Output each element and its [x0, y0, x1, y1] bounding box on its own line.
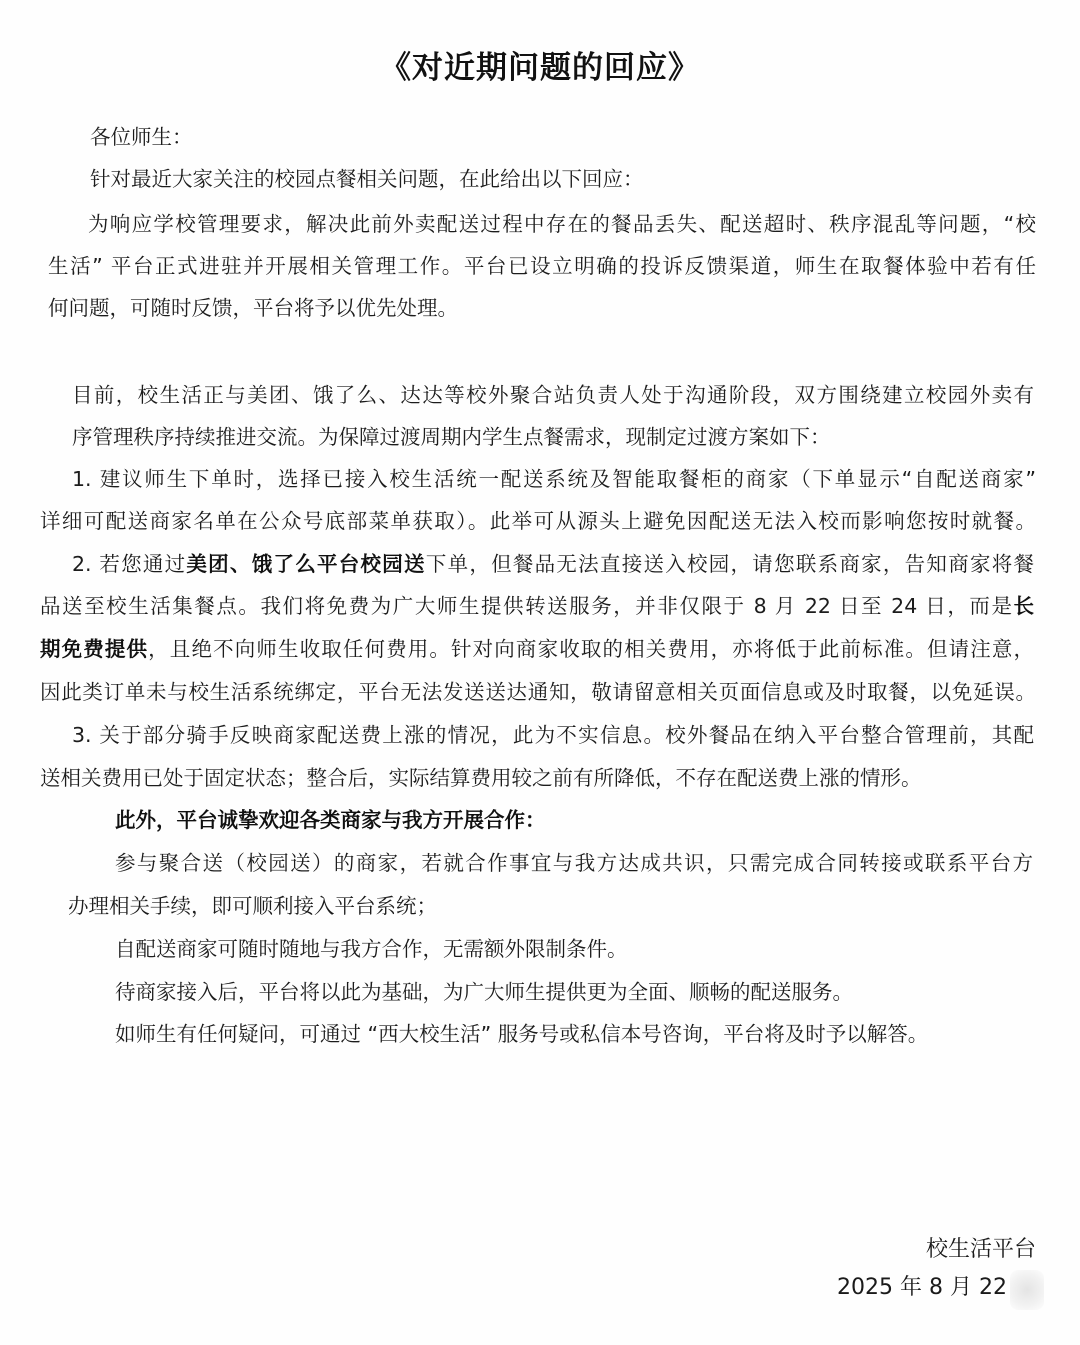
item2-line3-bold: 期免费提供 — [40, 637, 148, 661]
cooperation-line5: 如师生有任何疑问，可通过 “西大校生活” 服务号或私信本号咨询，平台将及时予以解… — [115, 1020, 928, 1048]
signature-date: 2025 年 8 月 22 日 — [837, 1273, 1036, 1303]
item2-line1-post: 下单，但餐品无法直接送入校园，请您联系商家，告知商家将餐 — [426, 552, 1034, 576]
item2-line1: 2. 若您通过美团、饿了么平台校园送下单，但餐品无法直接送入校园，请您联系商家，… — [72, 550, 1034, 578]
item2-line2: 品送至校生活集餐点。我们将免费为广大师生提供转送服务，并非仅限于 8 月 22 … — [40, 592, 1034, 620]
cooperation-heading: 此外，平台诚挚欢迎各类商家与我方开展合作： — [115, 806, 546, 834]
item2-line1-pre: 2. 若您通过 — [72, 552, 186, 576]
salutation: 各位师生： — [90, 123, 193, 151]
item1-line1: 1. 建议师生下单时，选择已接入校生活统一配送系统及智能取餐柜的商家（下单显示“… — [72, 465, 1036, 493]
para1-line1: 为响应学校管理要求，解决此前外卖配送过程中存在的餐品丢失、配送超时、秩序混乱等问… — [88, 210, 1036, 238]
item3-line1: 3. 关于部分骑手反映商家配送费上涨的情况，此为不实信息。校外餐品在纳入平台整合… — [72, 721, 1034, 749]
document-page: 《对近期问题的回应》 各位师生： 针对最近大家关注的校园点餐相关问题，在此给出以… — [0, 0, 1080, 1345]
para2-line1: 目前，校生活正与美团、饿了么、达达等校外聚合站负责人处于沟通阶段，双方围绕建立校… — [72, 381, 1034, 409]
item2-line3-post: ，且绝不向师生收取任何费用。针对向商家收取的相关费用，亦将低于此前标准。但请注意… — [148, 637, 1034, 661]
watermark-smudge — [1010, 1270, 1044, 1310]
cooperation-line4: 待商家接入后，平台将以此为基础，为广大师生提供更为全面、顺畅的配送服务。 — [115, 978, 853, 1006]
item2-line3: 期免费提供，且绝不向师生收取任何费用。针对向商家收取的相关费用，亦将低于此前标准… — [40, 635, 1034, 663]
signature-org: 校生活平台 — [926, 1235, 1036, 1265]
para1-line2: 生活” 平台正式进驻并开展相关管理工作。平台已设立明确的投诉反馈渠道，师生在取餐… — [48, 252, 1036, 280]
cooperation-line2: 办理相关手续，即可顺利接入平台系统； — [68, 892, 437, 920]
document-title: 《对近期问题的回应》 — [0, 42, 1080, 87]
item3-line2: 送相关费用已处于固定状态；整合后，实际结算费用较之前有所降低，不存在配送费上涨的… — [40, 764, 922, 792]
para2-line2: 序管理秩序持续推进交流。为保障过渡周期内学生点餐需求，现制定过渡方案如下： — [72, 423, 831, 451]
cooperation-line1: 参与聚合送（校园送）的商家，若就合作事宜与我方达成共识，只需完成合同转接或联系平… — [115, 849, 1033, 877]
intro-paragraph: 针对最近大家关注的校园点餐相关问题，在此给出以下回应： — [90, 165, 644, 193]
para1-line3: 何问题，可随时反馈，平台将予以优先处理。 — [48, 294, 458, 322]
item2-line2-pre: 品送至校生活集餐点。我们将免费为广大师生提供转送服务，并非仅限于 8 月 22 … — [40, 594, 1014, 618]
item2-line2-bold: 长 — [1014, 594, 1035, 618]
cooperation-line3: 自配送商家可随时随地与我方合作，无需额外限制条件。 — [115, 935, 628, 963]
item2-line1-bold: 美团、饿了么平台校园送 — [186, 552, 425, 576]
item1-line2: 详细可配送商家名单在公众号底部菜单获取）。此举可从源头上避免因配送无法入校而影响… — [40, 507, 1036, 535]
item2-line4: 因此类订单未与校生活系统绑定，平台无法发送送达通知，敬请留意相关页面信息或及时取… — [40, 678, 1036, 706]
